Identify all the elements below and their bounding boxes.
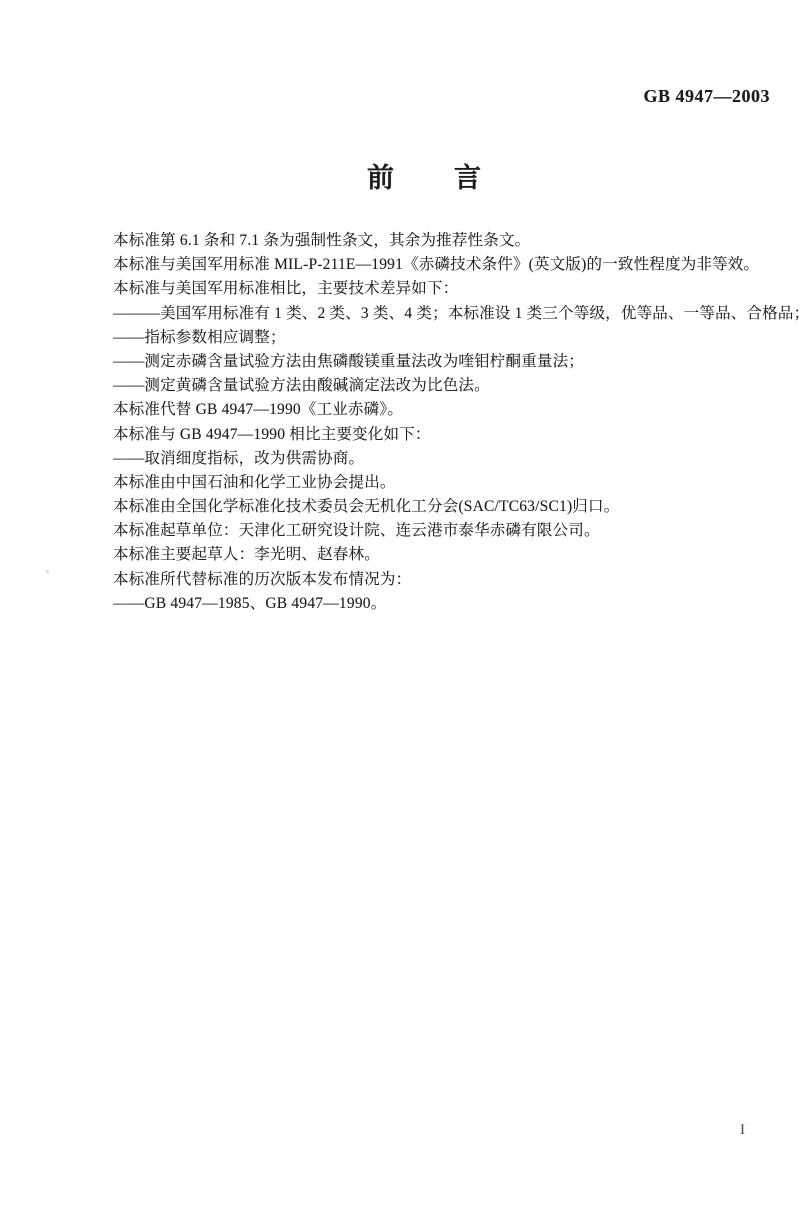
text-line: 本标准代替 GB 4947—1990《工业赤磷》。 — [113, 398, 773, 422]
text-line: 本标准起草单位：天津化工研究设计院、连云港市泰华赤磷有限公司。 — [113, 519, 773, 543]
text-line: 本标准与 GB 4947—1990 相比主要变化如下： — [113, 423, 773, 447]
text-line: ——指标参数相应调整； — [113, 326, 773, 350]
text-line: ——测定赤磷含量试验方法由焦磷酸镁重量法改为喹钼柠酮重量法； — [113, 350, 773, 374]
standard-code: GB 4947—2003 — [0, 86, 770, 107]
foreword-body: 本标准第 6.1 条和 7.1 条为强制性条文，其余为推荐性条文。本标准与美国军… — [113, 229, 773, 616]
text-line: 本标准由中国石油和化学工业协会提出。 — [113, 471, 773, 495]
text-line: ——GB 4947—1985、GB 4947—1990。 — [113, 592, 773, 616]
scan-speck — [754, 318, 758, 320]
text-line: 本标准主要起草人：李光明、赵春林。 — [113, 543, 773, 567]
text-line: 本标准所代替标准的历次版本发布情况为： — [113, 568, 773, 592]
text-line: 本标准与美国军用标准 MIL-P-211E—1991《赤磷技术条件》(英文版)的… — [113, 253, 773, 277]
page-title: 前 言 — [50, 156, 800, 195]
text-line: ——测定黄磷含量试验方法由酸碱滴定法改为比色法。 — [113, 374, 773, 398]
scan-speck — [46, 570, 49, 573]
text-line: ——取消细度指标，改为供需协商。 — [113, 447, 773, 471]
text-line: 本标准与美国军用标准相比，主要技术差异如下： — [113, 277, 773, 301]
page-number: I — [740, 1122, 746, 1139]
text-line: 本标准由全国化学标准化技术委员会无机化工分会(SAC/TC63/SC1)归口。 — [113, 495, 773, 519]
text-line: 本标准第 6.1 条和 7.1 条为强制性条文，其余为推荐性条文。 — [113, 229, 773, 253]
text-line: ———美国军用标准有 1 类、2 类、3 类、4 类；本标准设 1 类三个等级，… — [113, 302, 773, 326]
scanned-standard-page: GB 4947—2003 前 言 本标准第 6.1 条和 7.1 条为强制性条文… — [0, 0, 800, 1215]
